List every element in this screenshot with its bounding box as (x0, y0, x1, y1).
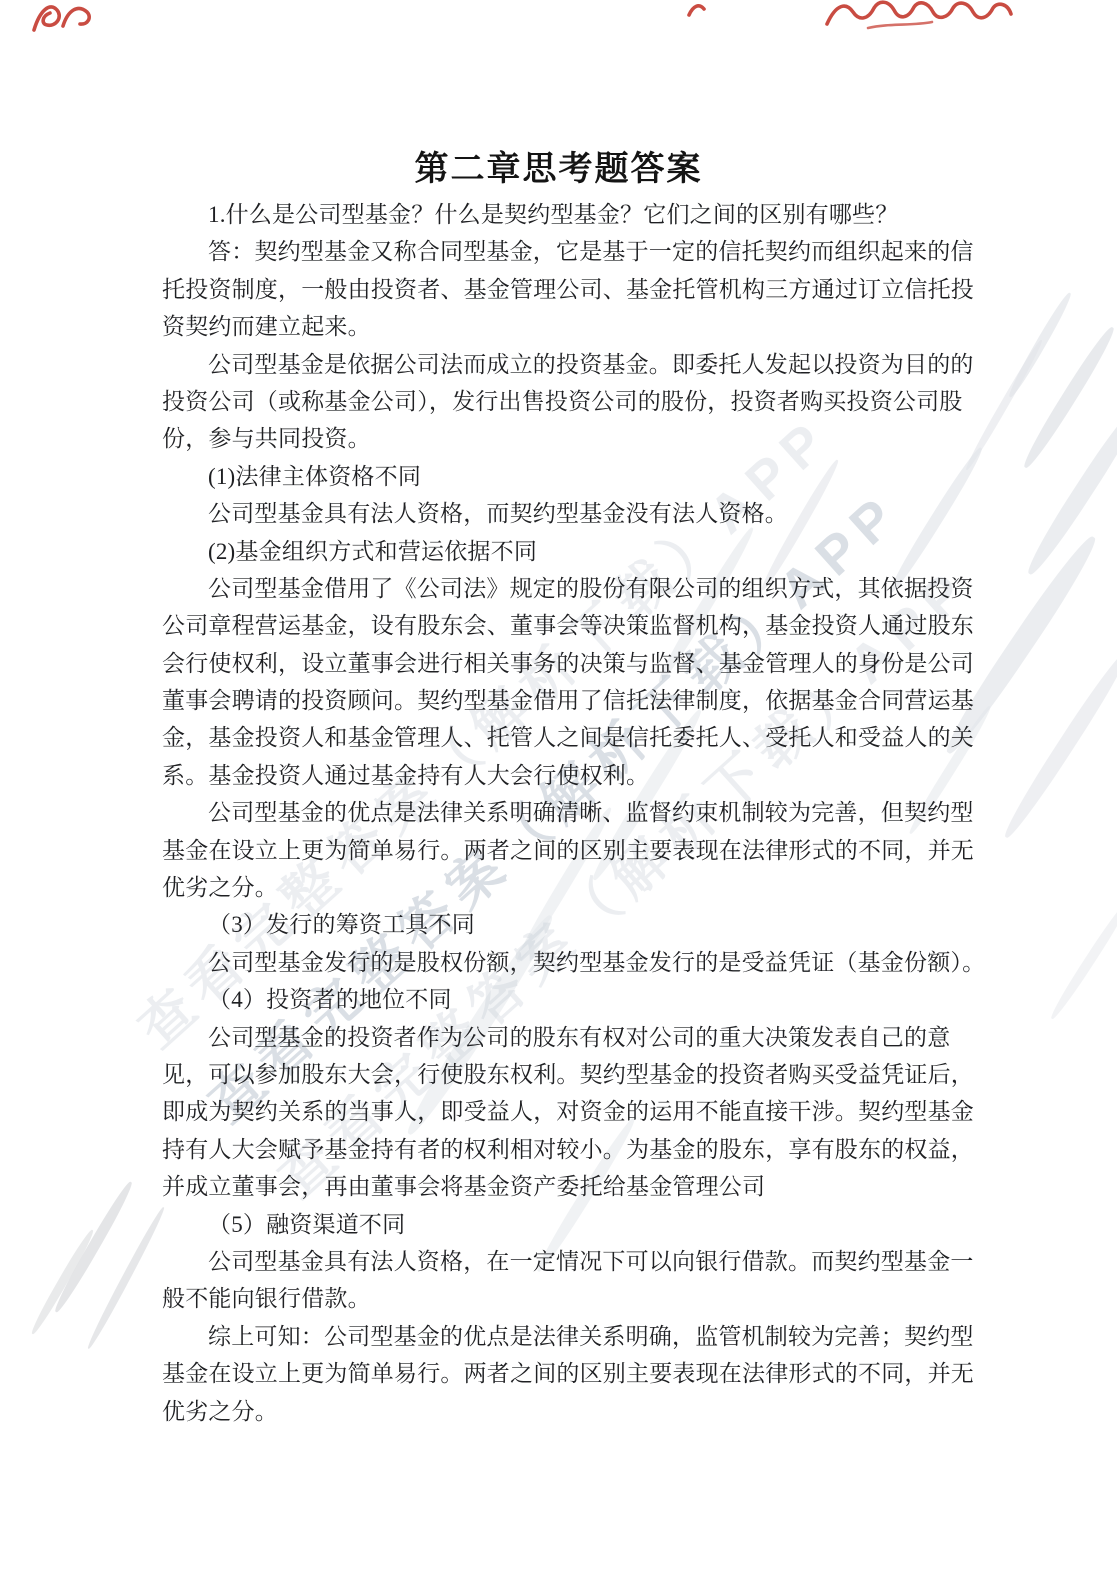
text-line: 基金在设立上更为简单易行。两者之间的区别主要表现在法律形式的不同，并无 (162, 1355, 974, 1392)
brush-streak (1006, 291, 1075, 400)
brush-streak (1048, 899, 1117, 1022)
text-line: 公司型基金的优点是法律关系明确清晰、监督约束机制较为完善，但契约型 (162, 794, 974, 831)
brush-streak (1019, 324, 1117, 471)
text-line: 答：契约型基金又称合同型基金，它是基于一定的信托契约而组织起来的信 (162, 233, 974, 270)
text-line: 1.什么是公司型基金？什么是契约型基金？它们之间的区别有哪些？ (162, 196, 974, 233)
brush-streak (999, 648, 1117, 841)
text-line: (1)法律主体资格不同 (162, 458, 974, 495)
text-line: 基金在设立上更为简单易行。两者之间的区别主要表现在法律形式的不同，并无 (162, 832, 974, 869)
brush-streak (85, 1205, 167, 1350)
document-page: 查看完整答案（解析下载）APP 查看完整答案（解析下载）APP 查看完整答案（解… (0, 0, 1117, 1579)
text-line: 金，基金投资人和基金管理人、托管人之间是信托委托人、受托人和受益人的关 (162, 719, 974, 756)
brush-streak (963, 338, 1045, 472)
text-line: 见，可以参加股东大会，行使股东权利。契约型基金的投资者购买受益凭证后， (162, 1056, 974, 1093)
text-line: 系。基金投资人通过基金持有人大会行使权利。 (162, 757, 974, 794)
text-line: （3）发行的筹资工具不同 (162, 906, 974, 943)
text-line: 公司型基金是依据公司法而成立的投资基金。即委托人发起以投资为目的的 (162, 346, 974, 383)
text-line: 公司型基金具有法人资格，在一定情况下可以向银行借款。而契约型基金一 (162, 1243, 974, 1280)
text-line: 公司型基金的投资者作为公司的股东有权对公司的重大决策发表自己的意 (162, 1019, 974, 1056)
text-line: 综上可知：公司型基金的优点是法律关系明确，监管机制较为完善；契约型 (162, 1318, 974, 1355)
text-line: 公司型基金发行的是股权份额，契约型基金发行的是受益凭证（基金份额）。 (162, 944, 974, 981)
text-line: 投资公司（或称基金公司），发行出售投资公司的股份，投资者购买投资公司股 (162, 383, 974, 420)
text-line: （4）投资者的地位不同 (162, 981, 974, 1018)
text-line: 公司型基金借用了《公司法》规定的股份有限公司的组织方式，其依据投资 (162, 570, 974, 607)
text-line: 份，参与共同投资。 (162, 420, 974, 457)
text-line: 公司章程营运基金，设有股东会、董事会等决策监督机构，基金投资人通过股东 (162, 607, 974, 644)
text-line: （5）融资渠道不同 (162, 1206, 974, 1243)
red-pen-scribble (0, 0, 1117, 42)
text-line: 持有人大会赋予基金持有者的权利相对较小。为基金的股东，享有股东的权益， (162, 1131, 974, 1168)
text-line: 即成为契约关系的当事人，即受益人，对资金的运用不能直接干涉。契约型基金 (162, 1093, 974, 1130)
brush-streak (51, 1179, 136, 1314)
text-line: 资契约而建立起来。 (162, 308, 974, 345)
text-line: 会行使权利，设立董事会进行相关事务的决策与监督、基金管理人的身份是公司 (162, 645, 974, 682)
text-line: 优劣之分。 (162, 869, 974, 906)
brush-streak (29, 1228, 97, 1336)
page-title: 第二章思考题答案 (0, 141, 1117, 190)
text-line: (2)基金组织方式和营运依据不同 (162, 533, 974, 570)
brush-streak (1022, 401, 1117, 579)
text-line: 优劣之分。 (162, 1393, 974, 1430)
text-line: 公司型基金具有法人资格，而契约型基金没有法人资格。 (162, 495, 974, 532)
text-line: 托投资制度，一般由投资者、基金管理公司、基金托管机构三方通过订立信托投 (162, 271, 974, 308)
text-line: 般不能向银行借款。 (162, 1280, 974, 1317)
text-line: 董事会聘请的投资顾问。契约型基金借用了信托法律制度，依据基金合同营运基 (162, 682, 974, 719)
document-body: 1.什么是公司型基金？什么是契约型基金？它们之间的区别有哪些？答：契约型基金又称… (162, 196, 974, 1430)
text-line: 并成立董事会，再由董事会将基金资产委托给基金管理公司 (162, 1168, 974, 1205)
